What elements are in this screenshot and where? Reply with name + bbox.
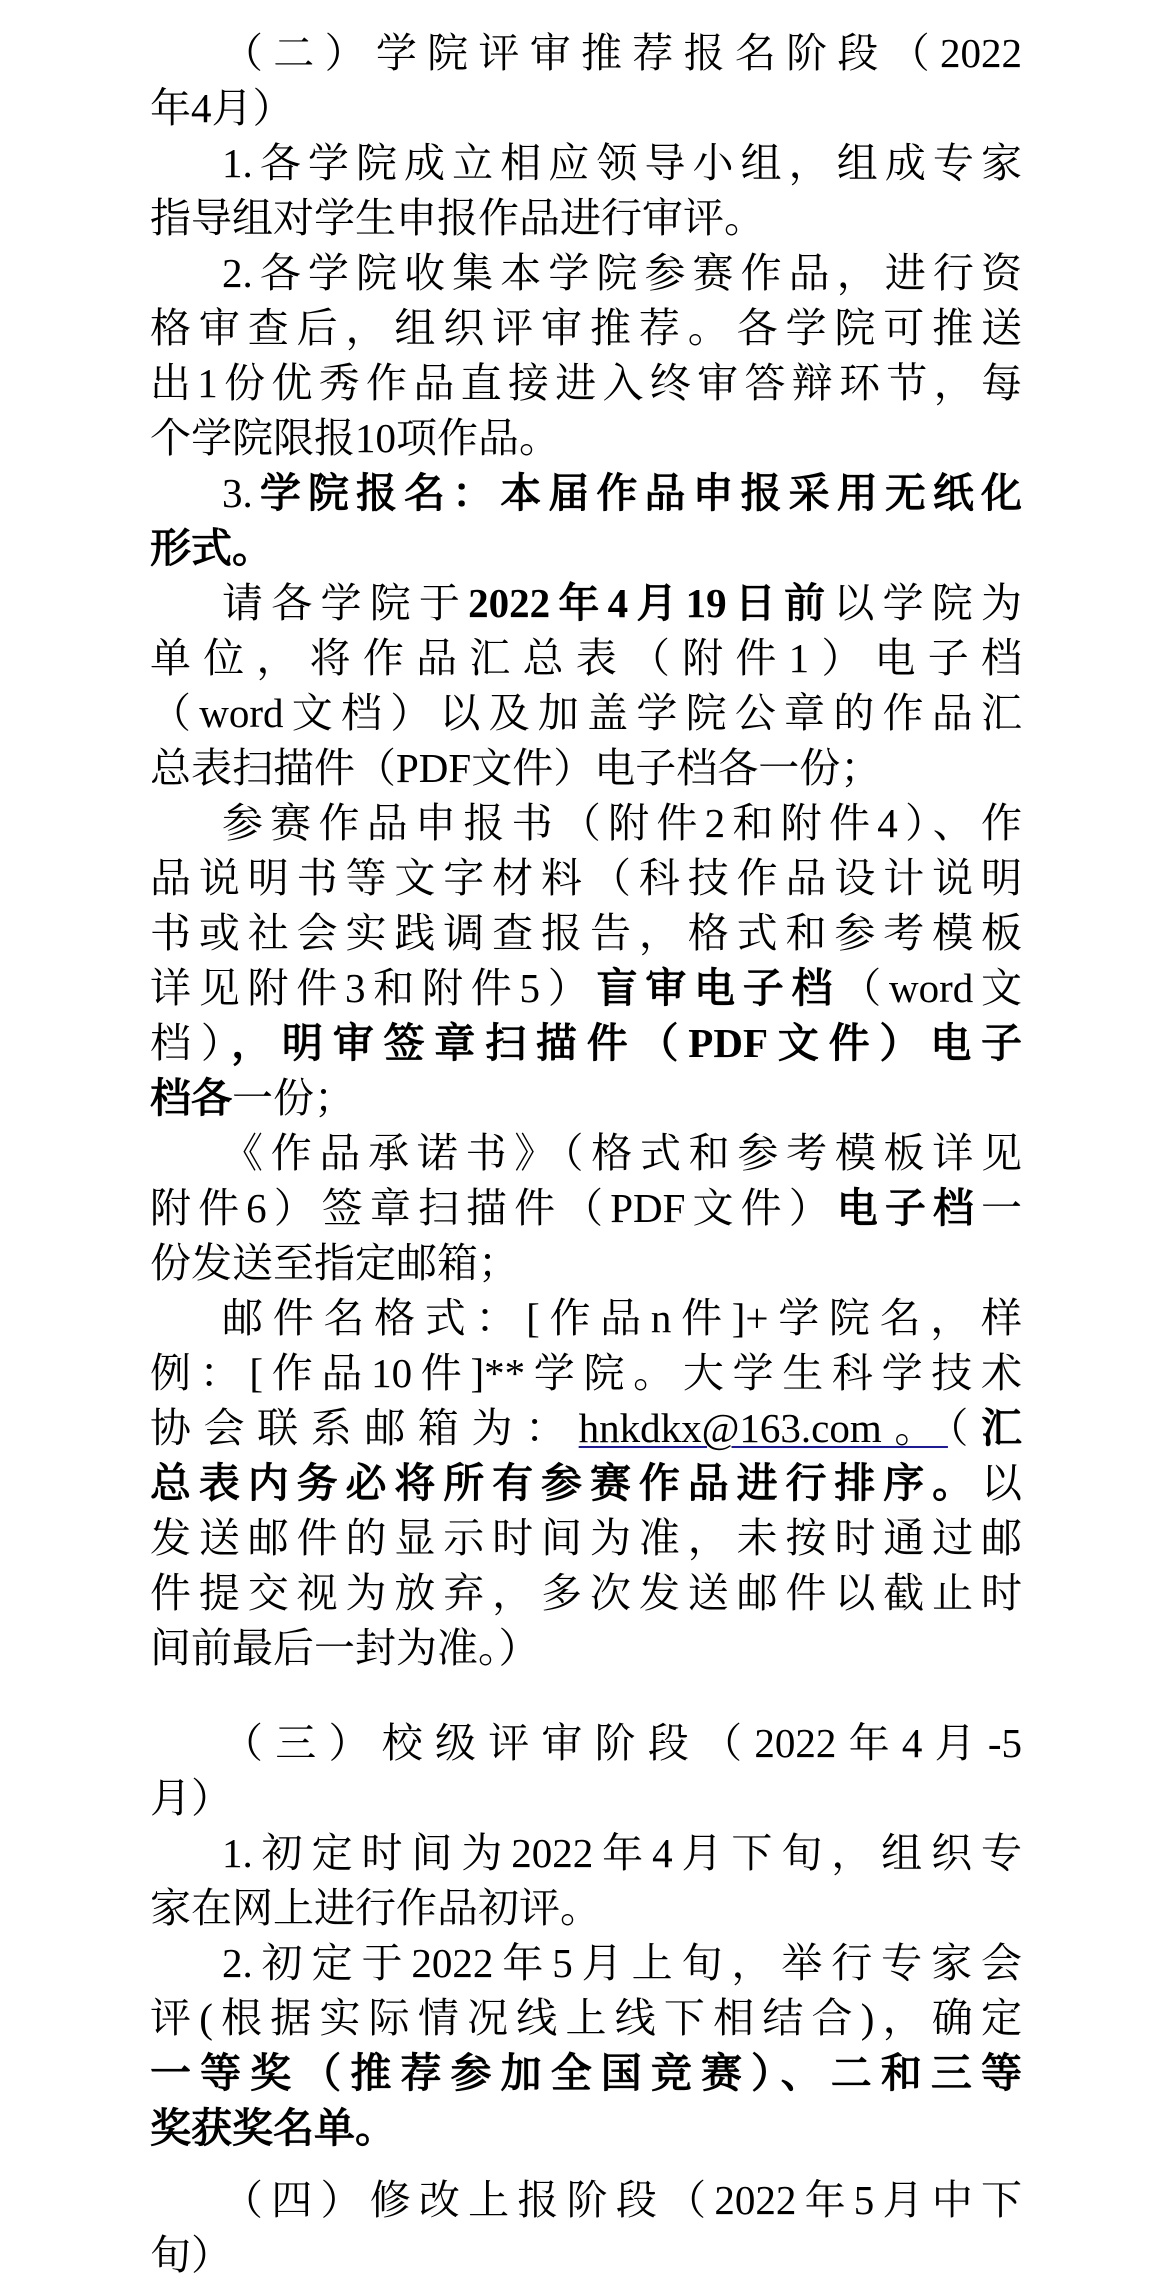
text-run: 附件6）签章扫描件（PDF文件） xyxy=(150,1185,837,1231)
signed-scan-bold: ，明审签章扫描件（PDF文件）电子 xyxy=(231,1020,1022,1066)
item-1: 1.各学院成立相应领导小组，组成专家 xyxy=(150,136,1022,191)
item-3-number: 3. xyxy=(222,470,253,516)
text-run: 一 xyxy=(981,1185,1022,1231)
section-heading: （三）校级评审阶段（2022年4月-5 xyxy=(150,1716,1022,1771)
text-run: 请各学院于 xyxy=(222,580,468,626)
materials-paragraph-cont: 档），明审签章扫描件（PDF文件）电子 xyxy=(150,1016,1022,1071)
text-run: 详见附件3和附件5） xyxy=(150,965,597,1011)
materials-paragraph-cont: 书或社会实践调查报告，格式和参考模板 xyxy=(150,906,1022,961)
text-run-bold: 电子档 xyxy=(837,1185,981,1231)
section-heading-cont: 月） xyxy=(150,1771,1022,1826)
item-1: 1.初定时间为2022年4月下旬，组织专 xyxy=(150,1826,1022,1881)
paragraph-gap xyxy=(150,2156,1022,2173)
blind-review-bold: 盲审电子档 xyxy=(597,965,841,1011)
email-paragraph-cont: 例：[作品10件]**学院。大学生科学技术 xyxy=(150,1346,1022,1401)
section-heading: （四）修改上报阶段（2022年5月中下 xyxy=(150,2173,1022,2228)
email-paragraph-cont: 发送邮件的显示时间为准，未按时通过邮 xyxy=(150,1511,1022,1566)
text-run: 协会联系邮箱为： xyxy=(150,1405,579,1451)
text-run: （ xyxy=(948,1405,981,1451)
paragraph-gap xyxy=(150,1676,1022,1716)
deadline-bold: 2022年4月19日前 xyxy=(468,580,833,626)
email-link[interactable]: hnkdkx@163.com。 xyxy=(579,1405,948,1451)
submit-paragraph: 请各学院于2022年4月19日前以学院为 xyxy=(150,576,1022,631)
awards-bold: 一等奖（推荐参加全国竞赛）、二和三等 xyxy=(150,2046,1022,2101)
email-paragraph-cont: 间前最后一封为准。） xyxy=(150,1621,1022,1676)
sort-requirement-bold: 总表内务必将所有参赛作品进行排序。 xyxy=(150,1460,981,1506)
materials-paragraph-cont: 详见附件3和附件5）盲审电子档（word文 xyxy=(150,961,1022,1016)
submit-paragraph-cont: 单位，将作品汇总表（附件1）电子档 xyxy=(150,631,1022,686)
text-run-bold: 汇 xyxy=(981,1405,1022,1451)
item-3-cont: 形式。 xyxy=(150,521,1022,576)
email-paragraph: 邮件名格式：[作品n件]+学院名，样 xyxy=(150,1291,1022,1346)
item-1-cont: 指导组对学生申报作品进行审评。 xyxy=(150,191,1022,246)
section-4: （四）修改上报阶段（2022年5月中下 旬） xyxy=(150,2173,1022,2283)
text-run: 以 xyxy=(981,1460,1022,1506)
item-2-cont: 评(根据实际情况线上线下相结合)，确定 xyxy=(150,1991,1022,2046)
materials-paragraph-cont: 档各一份； xyxy=(150,1071,1022,1126)
item-2: 2.各学院收集本学院参赛作品，进行资 xyxy=(150,246,1022,301)
text-run: 一份； xyxy=(232,1075,355,1121)
section-heading-cont: 旬） xyxy=(150,2228,1022,2283)
pledge-paragraph: 《作品承诺书》（格式和参考模板详见 xyxy=(150,1126,1022,1181)
submit-paragraph-cont: 总表扫描件（PDF文件）电子档各一份； xyxy=(150,741,1022,796)
email-paragraph-cont: 件提交视为放弃，多次发送邮件以截止时 xyxy=(150,1566,1022,1621)
item-3-bold-text: 学院报名：本届作品申报采用无纸化 xyxy=(253,470,1022,516)
item-2-cont: 格审查后，组织评审推荐。各学院可推送 xyxy=(150,301,1022,356)
text-run: （word文 xyxy=(840,965,1022,1011)
email-paragraph-cont: 协会联系邮箱为：hnkdkx@163.com。（汇 xyxy=(150,1401,1022,1456)
materials-paragraph-cont: 品说明书等文字材料（科技作品设计说明 xyxy=(150,851,1022,906)
item-2: 2.初定于2022年5月上旬，举行专家会 xyxy=(150,1936,1022,1991)
item-2-cont: 个学院限报10项作品。 xyxy=(150,411,1022,466)
submit-paragraph-cont: （word文档）以及加盖学院公章的作品汇 xyxy=(150,686,1022,741)
section-heading: （二）学院评审推荐报名阶段（2022 xyxy=(150,26,1022,81)
section-2: （二）学院评审推荐报名阶段（2022 年4月） 1.各学院成立相应领导小组，组成… xyxy=(150,26,1022,1676)
section-heading-cont: 年4月） xyxy=(150,81,1022,136)
item-1-cont: 家在网上进行作品初评。 xyxy=(150,1881,1022,1936)
pledge-paragraph-cont: 份发送至指定邮箱； xyxy=(150,1236,1022,1291)
text-run: 档） xyxy=(150,1020,231,1066)
item-3: 3.学院报名：本届作品申报采用无纸化 xyxy=(150,466,1022,521)
section-3: （三）校级评审阶段（2022年4月-5 月） 1.初定时间为2022年4月下旬，… xyxy=(150,1716,1022,2156)
text-run: 以学院为 xyxy=(833,580,1022,626)
item-2-cont: 出1份优秀作品直接进入终审答辩环节，每 xyxy=(150,356,1022,411)
pledge-paragraph-cont: 附件6）签章扫描件（PDF文件）电子档一 xyxy=(150,1181,1022,1236)
document-page: （二）学院评审推荐报名阶段（2022 年4月） 1.各学院成立相应领导小组，组成… xyxy=(150,26,1022,2283)
text-run-bold: 档各 xyxy=(150,1075,232,1121)
materials-paragraph: 参赛作品申报书（附件2和附件4）、作 xyxy=(150,796,1022,851)
awards-bold-cont: 奖获奖名单。 xyxy=(150,2101,1022,2156)
email-paragraph-cont: 总表内务必将所有参赛作品进行排序。以 xyxy=(150,1456,1022,1511)
